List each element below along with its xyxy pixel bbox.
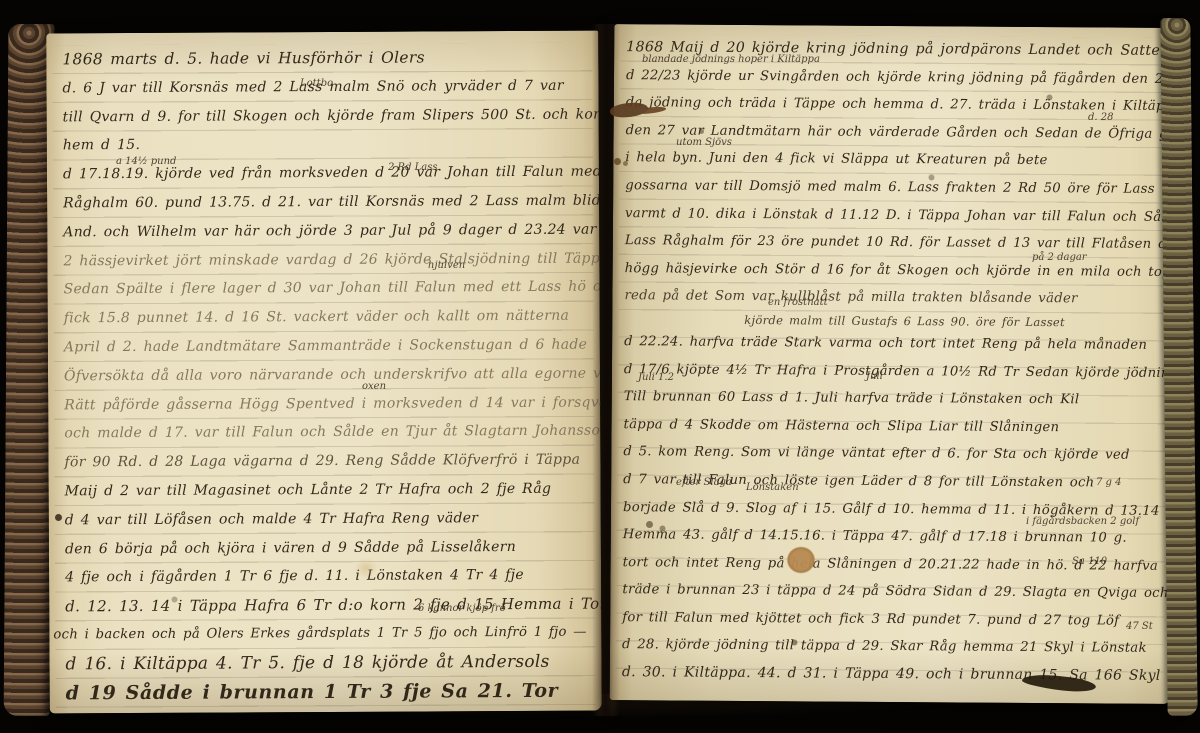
manuscript-line: 2 hässjevirket jört minskade vardag d 26… (63, 244, 597, 276)
interlinear-note: Sa 110 (1072, 556, 1107, 567)
manuscript-line: Maij d 2 var till Magasinet och Lånte 2 … (65, 475, 599, 507)
manuscript-line: d 4 var till Löfåsen och malde 4 Tr Hafr… (65, 503, 599, 535)
manuscript-line: 4 fje och i fägården 1 Tr 6 fje d. 11. i… (65, 561, 599, 593)
manuscript-line: Sedan Spälte i flere lager d 30 var Joha… (63, 273, 597, 305)
diary-page-right: 1868 Maij d 20 kjörde kring jödning på j… (610, 24, 1175, 704)
diary-photo: 1868 marts d. 5. hade vi Husförhör i Ole… (0, 0, 1200, 733)
manuscript-line: till Qvarn d 9. for till Skogen och kjör… (63, 100, 597, 132)
interlinear-note: hjulven (428, 260, 465, 271)
manuscript-line: och i backen och på Olers Erkes gårdspla… (53, 618, 599, 650)
interlinear-note: utom Sjövs (676, 137, 732, 148)
interlinear-note: 2 Rd Lass (388, 162, 438, 173)
manuscript-line: för 90 Rd. d 28 Laga vägarna d 29. Reng … (64, 446, 598, 478)
interlinear-note: d. 28 (1088, 112, 1113, 123)
manuscript-line: d 19 Sådde i brunnan 1 Tr 3 fje Sa 21. T… (66, 676, 600, 708)
page-block-edge (1160, 18, 1197, 716)
manuscript-line: d 16. i Kiltäppa 4. Tr 5. fje d 18 kjörd… (65, 647, 599, 679)
manuscript-line: varmt d 10. dika i Lönstak d 11.12 D. i … (625, 200, 1171, 231)
manuscript-line: April d 2. hade Landtmätare Sammanträde … (64, 331, 598, 363)
manuscript-line: träde i brunnan 23 i täppa d 24 på Södra… (622, 576, 1168, 607)
interlinear-note: efter Slaga (676, 477, 732, 488)
manuscript-line: reda på det Som var kullblåst på milla t… (624, 282, 1170, 313)
manuscript-line: d 5. kom Reng. Som vi länge väntat efter… (623, 438, 1169, 469)
manuscript-line: Öfversökta då alla voro närvarande och u… (64, 359, 598, 391)
manuscript-line: Lass Råghalm för 23 öre pundet 10 Rd. fö… (625, 227, 1171, 258)
interlinear-note: blandade jödnings hoper i Kiltäppa (642, 54, 820, 65)
interlinear-note: Lönstaken (746, 482, 799, 493)
manuscript-text-left: 1868 marts d. 5. hade vi Husförhör i Ole… (62, 43, 599, 708)
ink-specks (0, 0, 3, 3)
interlinear-note: Juli (866, 371, 883, 382)
interlinear-note: Juli 1.2 (638, 372, 674, 383)
manuscript-line: och malde d 17. var till Falun och Sålde… (64, 417, 598, 449)
manuscript-line: Råghalm 60. pund 13.75. d 21. var till K… (63, 187, 597, 219)
manuscript-line: d. 12. 13. 14 i Täppa Hafra 6 Tr d:o kor… (65, 590, 599, 622)
interlinear-note: 6 kannor kjöp frö (418, 603, 506, 614)
manuscript-line: Till brunnan 60 Lass d 1. Juli harfva tr… (624, 383, 1170, 414)
interlinear-note: Lottbo (300, 78, 333, 89)
paper-stain (350, 554, 382, 582)
manuscript-line: Rätt påförde gåsserna Högg Spentved i mo… (64, 388, 598, 420)
manuscript-line: d 28. kjörde jödning till täppa d 29. Sk… (622, 632, 1168, 663)
interlinear-note: 7 g 4 (1096, 477, 1121, 488)
interlinear-note: a 14½ pund (116, 156, 176, 167)
manuscript-line: for till Falun med kjöttet och fick 3 Rd… (622, 604, 1168, 635)
manuscript-line: täppa d 4 Skodde om Hästerna och Slipa L… (623, 411, 1169, 442)
round-stain (782, 542, 820, 578)
interlinear-note: i fägårdsbacken 2 golf (1026, 516, 1139, 527)
manuscript-line: d 17/6 kjöpte 4½ Tr Hafra i Prostgården … (624, 356, 1170, 387)
manuscript-line: högg häsjevirke och Stör d 16 for åt Sko… (625, 255, 1171, 286)
manuscript-line: i hela byn. Juni den 4 fick vi Släppa ut… (625, 145, 1171, 176)
manuscript-text-right: 1868 Maij d 20 kjörde kring jödning på j… (622, 34, 1173, 690)
interlinear-note: en frostnatt (768, 297, 828, 308)
book-gutter (592, 24, 620, 716)
manuscript-line: And. och Wilhelm var här och jörde 3 par… (63, 215, 597, 247)
interlinear-note: på 2 dagar (1032, 252, 1087, 263)
interlinear-note: 47 St (1126, 621, 1153, 632)
manuscript-line: den 6 börja på och kjöra i vären d 9 Såd… (65, 532, 599, 564)
manuscript-line: fick 15.8 punnet 14. d 16 St. vackert vä… (64, 302, 598, 334)
manuscript-line: d 22.24. harfva träde Stark varma och to… (624, 328, 1170, 359)
manuscript-line: gossarna var till Domsjö med malm 6. Las… (625, 172, 1171, 203)
diary-page-left: 1868 marts d. 5. hade vi Husförhör i Ole… (46, 31, 602, 714)
interlinear-note: oxen (362, 381, 386, 392)
manuscript-line: 1868 marts d. 5. hade vi Husförhör i Ole… (62, 43, 596, 75)
manuscript-line: d 22/23 kjörde ur Svingården och kjörde … (626, 62, 1172, 93)
